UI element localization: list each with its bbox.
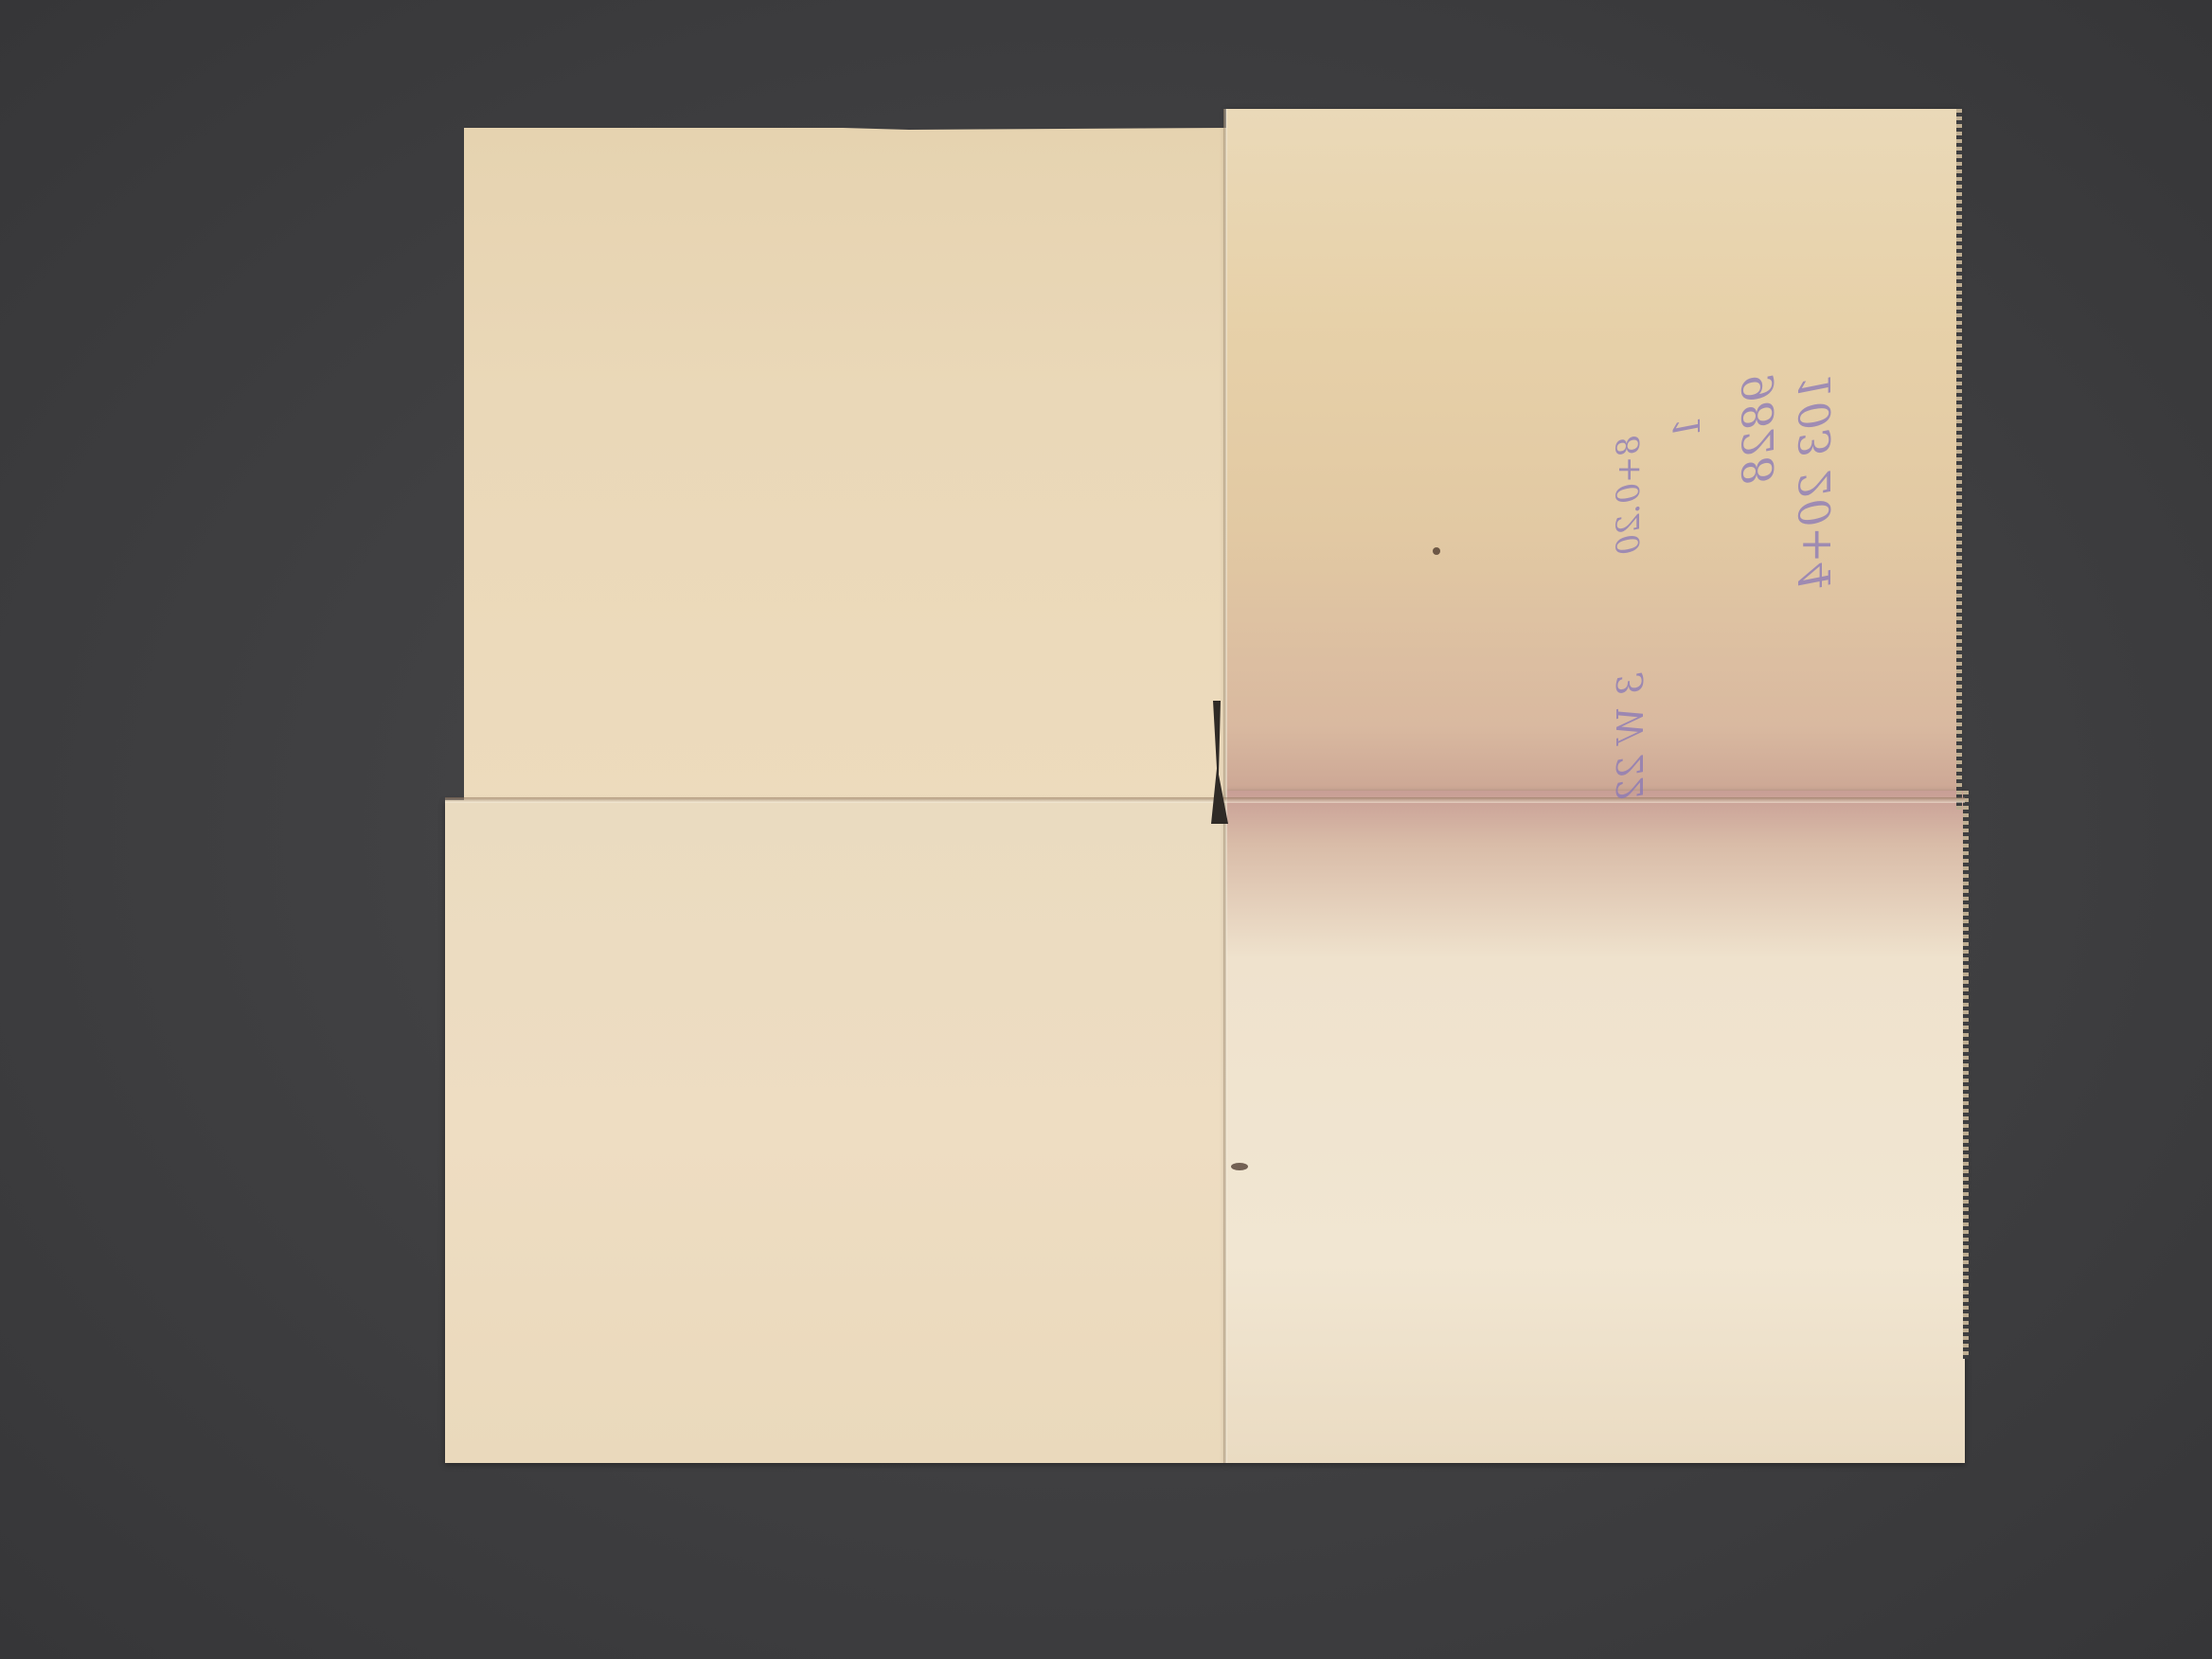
handwritten-note: 1 — [1667, 417, 1708, 439]
vertical-fold-crease — [1223, 109, 1227, 1463]
handwritten-note: 3 W 22 — [1610, 672, 1651, 801]
paper-panel-bottom-left — [445, 800, 1226, 1463]
paper-panel-bottom-right — [1226, 791, 1965, 1463]
handwritten-note: 9828 — [1733, 374, 1784, 485]
ink-spot — [1231, 1163, 1248, 1170]
handwritten-note: 8+0.20 — [1610, 436, 1648, 555]
horizontal-fold-crease — [445, 797, 1965, 803]
handwritten-note: 103 20+4 — [1790, 374, 1841, 591]
paper-panel-top-left — [464, 128, 1226, 810]
perforated-edge-top — [1956, 109, 1962, 810]
ink-spot — [1433, 547, 1440, 555]
paper-panel-top-right — [1226, 109, 1958, 810]
perforated-edge-bottom — [1963, 791, 1969, 1359]
